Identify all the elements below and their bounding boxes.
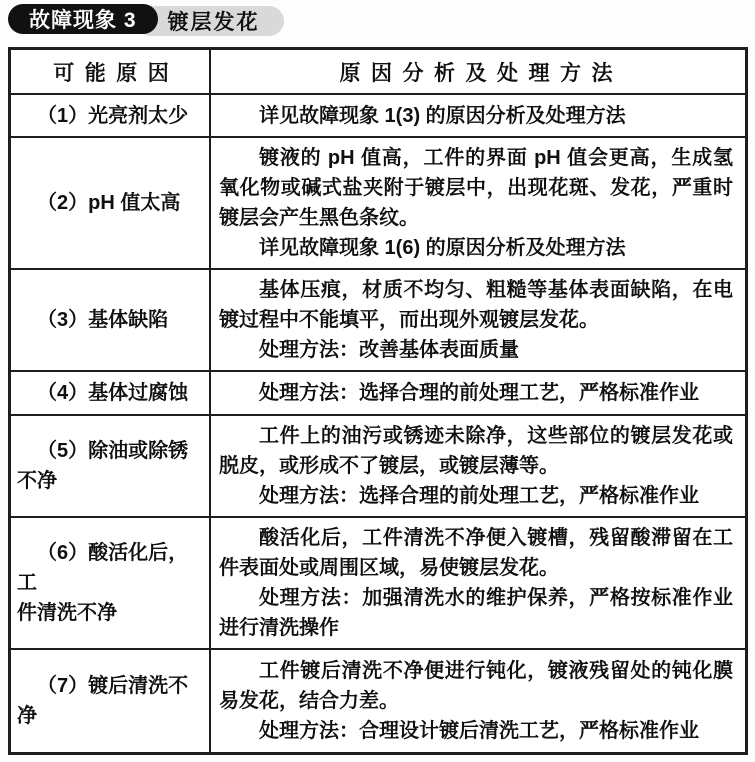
scanned-page: { "page": { "fault_label": "故障现象 3", "fa… — [0, 0, 755, 762]
analysis-paragraph: 处理方法：加强清洗水的维护保养，严格按标准作业进行清洗操作 — [219, 583, 733, 643]
fault-title-badge: 镀层发花 — [136, 6, 284, 36]
cause-cell: （5）除油或除锈 不净 — [11, 416, 211, 516]
paragraph-text: 镀液的 pH 值高，工件的界面 pH 值会更高，生成氢氧化物或碱式盐夹附于镀层中… — [219, 147, 733, 229]
method-label: 处理方法： — [259, 587, 362, 609]
paragraph-text: 基体压痕，材质不均匀、粗糙等基体表面缺陷，在电镀过程中不能填平，而出现外观镀层发… — [219, 279, 733, 331]
cause-cell: （4）基体过腐蚀 — [11, 372, 211, 414]
paragraph-text: 改善基体表面质量 — [359, 339, 519, 361]
paragraph-text: 工件镀后清洗不净便进行钝化，镀液残留处的钝化膜易发花，结合力差。 — [219, 660, 733, 712]
cause-text: （4）基体过腐蚀 — [17, 378, 205, 408]
cause-cell: （3）基体缺陷 — [11, 270, 211, 370]
analysis-paragraph: 处理方法：选择合理的前处理工艺，严格标准作业 — [219, 481, 733, 511]
cause-text: （2）pH 值太高 — [17, 188, 205, 218]
table-row: （1）光亮剂太少详见故障现象 1(3) 的原因分析及处理方法 — [11, 93, 745, 136]
table-row: （6）酸活化后，工 件清洗不净酸活化后，工件清洗不净便入镀槽，残留酸滞留在工件表… — [11, 516, 745, 648]
table-header-row: 可能原因 原因分析及处理方法 — [11, 50, 745, 93]
analysis-paragraph: 酸活化后，工件清洗不净便入镀槽，残留酸滞留在工件表面处或周围区域，易使镀层发花。 — [219, 523, 733, 583]
column-header-analysis: 原因分析及处理方法 — [211, 50, 745, 93]
paragraph-text: 详见故障现象 1(3) 的原因分析及处理方法 — [259, 105, 626, 127]
analysis-paragraph: 详见故障现象 1(3) 的原因分析及处理方法 — [219, 101, 733, 131]
table-row: （2）pH 值太高镀液的 pH 值高，工件的界面 pH 值会更高，生成氢氧化物或… — [11, 136, 745, 268]
cause-cell: （7）镀后清洗不净 — [11, 650, 211, 752]
page-title: 故障现象 3镀层发花 — [8, 4, 284, 38]
analysis-cell: 基体压痕，材质不均匀、粗糙等基体表面缺陷，在电镀过程中不能填平，而出现外观镀层发… — [211, 270, 745, 370]
analysis-paragraph: 工件上的油污或锈迹未除净，这些部位的镀层发花或脱皮，或形成不了镀层，或镀层薄等。 — [219, 421, 733, 481]
table-row: （7）镀后清洗不净工件镀后清洗不净便进行钝化，镀液残留处的钝化膜易发花，结合力差… — [11, 648, 745, 752]
cause-text: （3）基体缺陷 — [17, 305, 205, 335]
method-label: 处理方法： — [259, 382, 359, 404]
analysis-paragraph: 处理方法：改善基体表面质量 — [219, 335, 733, 365]
method-label: 处理方法： — [259, 339, 359, 361]
analysis-cell: 镀液的 pH 值高，工件的界面 pH 值会更高，生成氢氧化物或碱式盐夹附于镀层中… — [211, 138, 745, 268]
analysis-cell: 工件镀后清洗不净便进行钝化，镀液残留处的钝化膜易发花，结合力差。处理方法：合理设… — [211, 650, 745, 752]
method-label: 处理方法： — [259, 485, 359, 507]
paragraph-text: 选择合理的前处理工艺，严格标准作业 — [359, 382, 699, 404]
fault-number-badge: 故障现象 3 — [8, 4, 158, 34]
cause-cell: （2）pH 值太高 — [11, 138, 211, 268]
analysis-cell: 工件上的油污或锈迹未除净，这些部位的镀层发花或脱皮，或形成不了镀层，或镀层薄等。… — [211, 416, 745, 516]
analysis-paragraph: 镀液的 pH 值高，工件的界面 pH 值会更高，生成氢氧化物或碱式盐夹附于镀层中… — [219, 143, 733, 233]
analysis-cell: 详见故障现象 1(3) 的原因分析及处理方法 — [211, 95, 745, 136]
cause-text: （5）除油或除锈 不净 — [17, 436, 205, 496]
table-row: （4）基体过腐蚀处理方法：选择合理的前处理工艺，严格标准作业 — [11, 370, 745, 414]
cause-text: （7）镀后清洗不净 — [17, 671, 205, 731]
analysis-paragraph: 工件镀后清洗不净便进行钝化，镀液残留处的钝化膜易发花，结合力差。 — [219, 656, 733, 716]
fault-cause-table: 可能原因 原因分析及处理方法 （1）光亮剂太少详见故障现象 1(3) 的原因分析… — [8, 47, 748, 755]
paragraph-text: 合理设计镀后清洗工艺，严格标准作业 — [359, 720, 699, 742]
cause-cell: （1）光亮剂太少 — [11, 95, 211, 136]
paragraph-text: 详见故障现象 1(6) 的原因分析及处理方法 — [259, 237, 626, 259]
paragraph-text: 工件上的油污或锈迹未除净，这些部位的镀层发花或脱皮，或形成不了镀层，或镀层薄等。 — [219, 425, 733, 477]
column-header-cause-label: 可能原因 — [43, 57, 180, 87]
column-header-analysis-label: 原因分析及处理方法 — [329, 57, 623, 87]
analysis-paragraph: 处理方法：选择合理的前处理工艺，严格标准作业 — [219, 378, 733, 408]
paragraph-text: 选择合理的前处理工艺，严格标准作业 — [359, 485, 699, 507]
table-row: （5）除油或除锈 不净工件上的油污或锈迹未除净，这些部位的镀层发花或脱皮，或形成… — [11, 414, 745, 516]
paragraph-text: 酸活化后，工件清洗不净便入镀槽，残留酸滞留在工件表面处或周围区域，易使镀层发花。 — [219, 527, 733, 579]
analysis-cell: 处理方法：选择合理的前处理工艺，严格标准作业 — [211, 372, 745, 414]
analysis-paragraph: 详见故障现象 1(6) 的原因分析及处理方法 — [219, 233, 733, 263]
analysis-cell: 酸活化后，工件清洗不净便入镀槽，残留酸滞留在工件表面处或周围区域，易使镀层发花。… — [211, 518, 745, 648]
analysis-paragraph: 处理方法：合理设计镀后清洗工艺，严格标准作业 — [219, 716, 733, 746]
method-label: 处理方法： — [259, 720, 359, 742]
cause-text: （1）光亮剂太少 — [17, 101, 205, 131]
cause-cell: （6）酸活化后，工 件清洗不净 — [11, 518, 211, 648]
cause-text: （6）酸活化后，工 件清洗不净 — [17, 538, 205, 628]
column-header-cause: 可能原因 — [11, 50, 211, 93]
analysis-paragraph: 基体压痕，材质不均匀、粗糙等基体表面缺陷，在电镀过程中不能填平，而出现外观镀层发… — [219, 275, 733, 335]
table-row: （3）基体缺陷基体压痕，材质不均匀、粗糙等基体表面缺陷，在电镀过程中不能填平，而… — [11, 268, 745, 370]
